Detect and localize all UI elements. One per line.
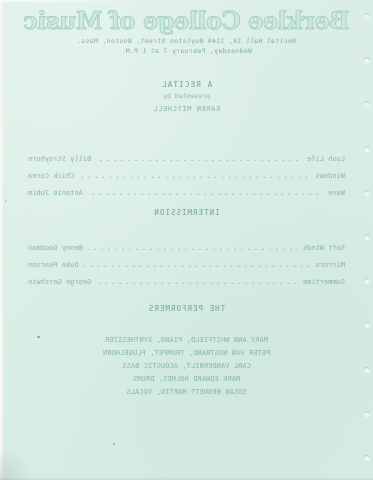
dotted-leader	[96, 275, 298, 284]
composer-name: Benny Goodman	[28, 240, 83, 257]
piece-title: Lush Life	[307, 151, 345, 168]
composer-name: Billy Strayhorn	[28, 151, 91, 168]
program-row: Soft Winds Benny Goodman	[28, 240, 345, 257]
composer-name: Duke Pearson	[28, 257, 79, 274]
performer-line: MARY ANN WHITFIELD, PIANO, SYNTHESIZER	[0, 334, 373, 347]
binding-hole	[364, 455, 370, 461]
program-row: Wave Antonio Jobim	[28, 185, 345, 202]
intermission-heading: INTERMISSION	[0, 208, 373, 218]
performer-line: PETER VAN NOSTRAND, TRUMPET, FLUGELHORN	[0, 347, 373, 360]
program-row: Summertime George Gershwin	[28, 274, 345, 291]
composer-name: George Gershwin	[28, 274, 91, 291]
scan-edge-top	[0, 0, 150, 2]
corner-shadow	[0, 450, 40, 480]
program-part-2: Soft Winds Benny Goodman Mirrors Duke Pe…	[28, 240, 345, 291]
scan-edge-left	[0, 0, 3, 480]
recital-title: A RECITAL	[0, 80, 373, 90]
binding-hole	[364, 13, 370, 19]
program-row: Lush Life Billy Strayhorn	[28, 151, 345, 168]
student-name: KAREN MITCHELL	[0, 104, 373, 115]
performer-line: MARK EDWARD HOLMES, DRUMS	[0, 373, 373, 386]
composer-name: Chick Corea	[28, 168, 74, 185]
program-row: Windows Chick Corea	[28, 168, 345, 185]
ink-speck	[37, 336, 40, 338]
dotted-leader	[88, 241, 298, 250]
composer-name: Antonio Jobim	[28, 185, 83, 202]
ink-speck	[113, 443, 115, 445]
piece-title: Soft Winds	[303, 240, 345, 257]
performer-list: MARY ANN WHITFIELD, PIANO, SYNTHESIZER P…	[0, 334, 373, 399]
scanned-page: Berklee College of Music Recital Hall 1A…	[0, 0, 373, 480]
performer-line: CARL VANDERBILT, ACOUSTIC BASS	[0, 360, 373, 373]
performer-line: SUSAN BENNETT MARTIN, VOCALS	[0, 386, 373, 399]
piece-title: Summertime	[303, 274, 345, 291]
performers-heading: THE PERFORMERS	[0, 304, 373, 314]
dotted-leader	[79, 169, 310, 178]
address-line-1: Recital Hall 1A, 1140 Boylston Street, B…	[0, 36, 373, 46]
piece-title: Windows	[315, 168, 345, 185]
dotted-leader	[96, 152, 302, 161]
program-part-1: Lush Life Billy Strayhorn Windows Chick …	[28, 151, 345, 202]
binding-hole	[364, 411, 370, 417]
recital-title-block: A RECITAL presented by KAREN MITCHELL	[0, 80, 373, 115]
dotted-leader	[88, 186, 323, 195]
program-row: Mirrors Duke Pearson	[28, 257, 345, 274]
binding-hole	[364, 234, 370, 240]
binding-hole	[364, 367, 370, 373]
address-line-2: Wednesday, February 7 at 1 P.M.	[0, 46, 373, 56]
dotted-leader	[84, 258, 311, 267]
school-name: Berklee College of Music	[0, 6, 373, 36]
piece-title: Mirrors	[315, 257, 345, 274]
presented-by: presented by	[0, 91, 373, 101]
binding-hole	[364, 146, 370, 152]
binding-hole	[364, 190, 370, 196]
piece-title: Wave	[328, 185, 345, 202]
ink-speck	[5, 200, 7, 202]
bleed-through-content: Berklee College of Music Recital Hall 1A…	[0, 0, 373, 480]
